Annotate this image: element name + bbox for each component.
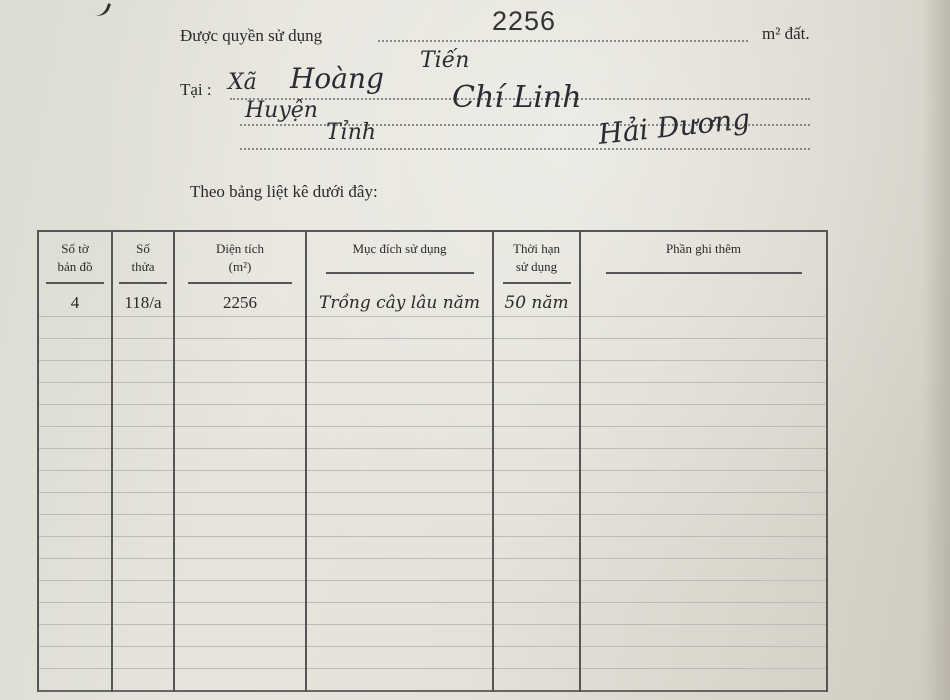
table-row-empty xyxy=(38,405,827,427)
empty-cell xyxy=(38,603,112,625)
empty-cell xyxy=(493,361,580,383)
empty-cell xyxy=(38,537,112,559)
empty-cell xyxy=(112,471,174,493)
table-row: 4 118/a 2256 Trồng cây lâu năm 50 năm xyxy=(38,290,827,317)
empty-cell xyxy=(306,383,493,405)
empty-cell xyxy=(580,603,827,625)
empty-cell xyxy=(493,317,580,339)
province-dotted-line xyxy=(240,148,810,150)
empty-cell xyxy=(38,493,112,515)
empty-cell xyxy=(306,647,493,669)
empty-cell xyxy=(38,339,112,361)
empty-cell xyxy=(580,361,827,383)
empty-cell xyxy=(493,383,580,405)
empty-cell xyxy=(306,339,493,361)
empty-cell xyxy=(493,647,580,669)
empty-cell xyxy=(174,647,306,669)
commune-name-part2: Tiến xyxy=(420,48,469,73)
empty-cell xyxy=(38,317,112,339)
province-name: Hải Dương xyxy=(597,102,752,151)
empty-cell xyxy=(38,515,112,537)
empty-cell xyxy=(112,493,174,515)
district-name: Chí Linh xyxy=(452,80,582,115)
empty-cell xyxy=(38,647,112,669)
empty-cell xyxy=(580,317,827,339)
area-label: Được quyền sử dụng xyxy=(180,26,322,46)
table-row-empty xyxy=(38,427,827,449)
cell-notes xyxy=(580,290,827,317)
empty-cell xyxy=(174,515,306,537)
empty-cell xyxy=(112,339,174,361)
empty-cell xyxy=(493,559,580,581)
table-row-empty xyxy=(38,625,827,647)
empty-cell xyxy=(38,383,112,405)
empty-cell xyxy=(174,581,306,603)
empty-cell xyxy=(493,625,580,647)
empty-cell xyxy=(174,383,306,405)
commune-name-part1: Hoàng xyxy=(290,62,384,95)
table-row-empty xyxy=(38,515,827,537)
empty-cell xyxy=(38,669,112,692)
empty-cell xyxy=(493,603,580,625)
header-parcel: Sốthửa xyxy=(112,231,174,290)
empty-cell xyxy=(580,405,827,427)
empty-cell xyxy=(38,361,112,383)
empty-cell xyxy=(174,427,306,449)
list-intro: Theo bảng liệt kê dưới đây: xyxy=(190,182,378,202)
table-row-empty xyxy=(38,471,827,493)
empty-cell xyxy=(174,669,306,692)
empty-cell xyxy=(306,471,493,493)
empty-cell xyxy=(112,449,174,471)
empty-cell xyxy=(493,493,580,515)
empty-cell xyxy=(580,625,827,647)
empty-cell xyxy=(306,625,493,647)
paper-edge-shadow xyxy=(922,0,950,700)
header-area: Diện tích(m²) xyxy=(174,231,306,290)
empty-cell xyxy=(306,581,493,603)
empty-cell xyxy=(306,361,493,383)
table-row-empty xyxy=(38,603,827,625)
empty-cell xyxy=(174,625,306,647)
table-row-empty xyxy=(38,559,827,581)
empty-cell xyxy=(580,493,827,515)
handwriting-stroke xyxy=(86,0,111,19)
empty-cell xyxy=(174,471,306,493)
empty-cell xyxy=(580,339,827,361)
cell-map-sheet: 4 xyxy=(38,290,112,317)
empty-cell xyxy=(112,603,174,625)
empty-cell xyxy=(174,603,306,625)
empty-cell xyxy=(112,515,174,537)
empty-cell xyxy=(493,537,580,559)
header-map-sheet: Số tờbản đồ xyxy=(38,231,112,290)
empty-cell xyxy=(174,559,306,581)
empty-cell xyxy=(174,405,306,427)
empty-cell xyxy=(112,405,174,427)
cell-parcel: 118/a xyxy=(112,290,174,317)
empty-cell xyxy=(493,515,580,537)
table-row-empty xyxy=(38,493,827,515)
empty-cell xyxy=(174,339,306,361)
empty-cell xyxy=(112,559,174,581)
empty-cell xyxy=(174,537,306,559)
table-row-empty xyxy=(38,581,827,603)
empty-cell xyxy=(580,669,827,692)
empty-cell xyxy=(493,669,580,692)
area-value: 2256 xyxy=(492,6,556,37)
header-term: Thời hạnsử dụng xyxy=(493,231,580,290)
empty-cell xyxy=(38,471,112,493)
empty-cell xyxy=(112,317,174,339)
empty-cell xyxy=(580,427,827,449)
empty-cell xyxy=(580,449,827,471)
empty-cell xyxy=(112,581,174,603)
area-unit: m² đất. xyxy=(762,24,810,44)
empty-cell xyxy=(306,317,493,339)
cell-term: 50 năm xyxy=(493,290,580,317)
empty-cell xyxy=(493,581,580,603)
empty-cell xyxy=(493,471,580,493)
empty-cell xyxy=(174,493,306,515)
empty-cell xyxy=(112,361,174,383)
table-row-empty xyxy=(38,339,827,361)
empty-cell xyxy=(174,317,306,339)
table-row-empty xyxy=(38,317,827,339)
empty-cell xyxy=(493,339,580,361)
empty-cell xyxy=(306,537,493,559)
province-prefix: Tỉnh xyxy=(326,120,376,145)
empty-cell xyxy=(306,449,493,471)
district-prefix: Huyện xyxy=(245,98,318,123)
empty-cell xyxy=(306,559,493,581)
empty-cell xyxy=(112,383,174,405)
empty-cell xyxy=(174,449,306,471)
empty-cell xyxy=(580,581,827,603)
empty-cell xyxy=(306,603,493,625)
empty-cell xyxy=(493,449,580,471)
empty-cell xyxy=(112,625,174,647)
land-parcel-table: Số tờbản đồ Sốthửa Diện tích(m²) Mục đíc… xyxy=(37,230,828,692)
cell-purpose: Trồng cây lâu năm xyxy=(306,290,493,317)
empty-cell xyxy=(38,405,112,427)
empty-cell xyxy=(580,471,827,493)
empty-cell xyxy=(306,515,493,537)
table-row-empty xyxy=(38,647,827,669)
empty-cell xyxy=(112,537,174,559)
empty-cell xyxy=(306,669,493,692)
empty-cell xyxy=(38,581,112,603)
empty-cell xyxy=(493,405,580,427)
empty-cell xyxy=(38,449,112,471)
commune-prefix: Xã xyxy=(228,70,257,95)
empty-cell xyxy=(306,493,493,515)
cell-area: 2256 xyxy=(174,290,306,317)
table-header-row: Số tờbản đồ Sốthửa Diện tích(m²) Mục đíc… xyxy=(38,231,827,290)
empty-cell xyxy=(112,647,174,669)
header-notes: Phần ghi thêm xyxy=(580,231,827,290)
empty-cell xyxy=(306,427,493,449)
table-row-empty xyxy=(38,383,827,405)
empty-cell xyxy=(580,559,827,581)
empty-cell xyxy=(38,625,112,647)
empty-cell xyxy=(306,405,493,427)
table-row-empty xyxy=(38,537,827,559)
table-row-empty xyxy=(38,449,827,471)
empty-cell xyxy=(174,361,306,383)
table-row-empty xyxy=(38,361,827,383)
area-dotted-line xyxy=(378,40,748,42)
location-label: Tại : xyxy=(180,80,212,100)
empty-cell xyxy=(112,669,174,692)
header-purpose: Mục đích sử dụng xyxy=(306,231,493,290)
empty-cell xyxy=(493,427,580,449)
table-row-empty xyxy=(38,669,827,692)
empty-cell xyxy=(580,537,827,559)
empty-cell xyxy=(580,383,827,405)
empty-cell xyxy=(580,647,827,669)
empty-cell xyxy=(112,427,174,449)
empty-cell xyxy=(38,427,112,449)
empty-cell xyxy=(38,559,112,581)
empty-cell xyxy=(580,515,827,537)
